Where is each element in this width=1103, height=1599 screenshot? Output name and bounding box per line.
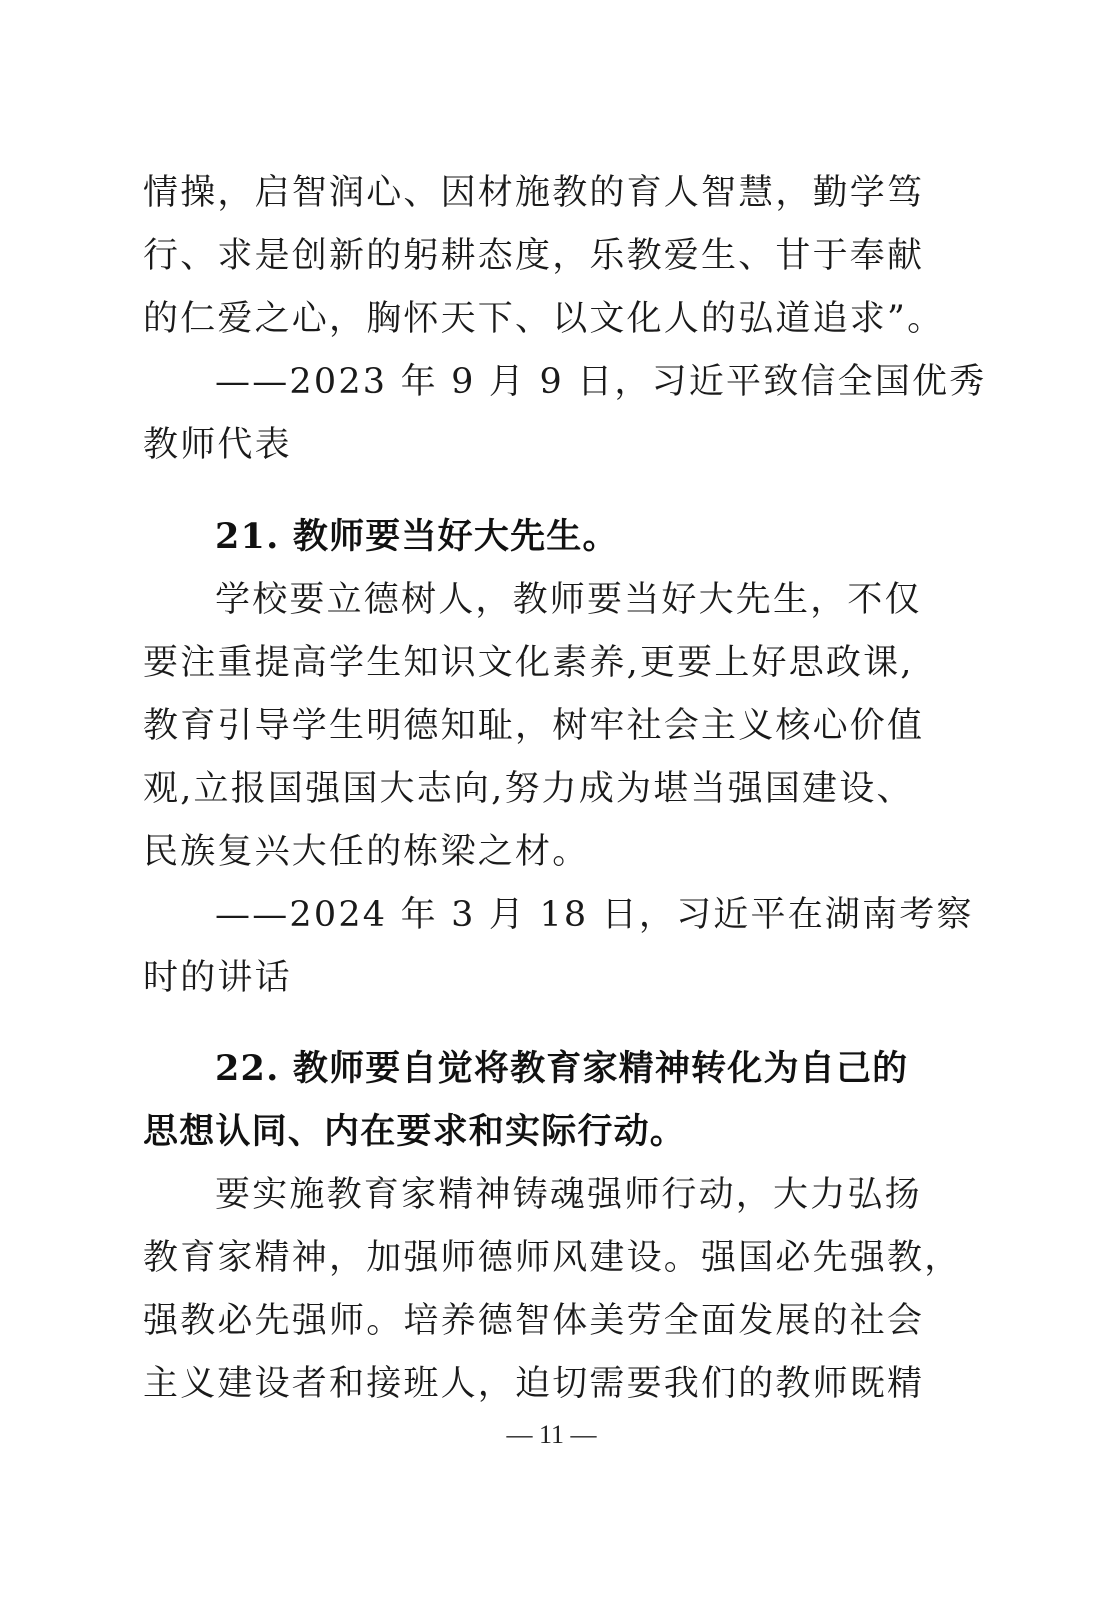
paragraph-line: 的仁爱之心，胸怀天下、以文化人的弘道追求”。: [143, 294, 943, 344]
paragraph-line: 主义建设者和接班人，迫切需要我们的教师既精: [143, 1359, 943, 1409]
source-attribution: ——2023 年 9 月 9 日，习近平致信全国优秀: [215, 357, 943, 407]
paragraph-line: 观,立报国强国大志向,努力成为堪当强国建设、: [143, 764, 943, 814]
section-heading-22-cont: 思想认同、内在要求和实际行动。: [143, 1107, 943, 1157]
paragraph-line: 要实施教育家精神铸魂强师行动，大力弘扬: [215, 1170, 943, 1220]
document-page: 情操，启智润心、因材施教的育人智慧，勤学笃 行、求是创新的躬耕态度，乐教爱生、甘…: [0, 0, 1103, 1599]
source-attribution: 时的讲话: [143, 953, 943, 1003]
paragraph-line: 情操，启智润心、因材施教的育人智慧，勤学笃: [143, 168, 943, 218]
paragraph-line: 教育家精神，加强师德师风建设。强国必先强教，: [143, 1233, 943, 1283]
source-attribution: 教师代表: [143, 420, 943, 470]
paragraph-line: 民族复兴大任的栋梁之材。: [143, 827, 943, 877]
page-number: — 11 —: [0, 1415, 1103, 1455]
section-heading-22: 22. 教师要自觉将教育家精神转化为自己的: [215, 1044, 943, 1094]
section-heading-21: 21. 教师要当好大先生。: [215, 512, 943, 562]
paragraph-line: 教育引导学生明德知耻，树牢社会主义核心价值: [143, 701, 943, 751]
paragraph-line: 学校要立德树人，教师要当好大先生，不仅: [215, 575, 943, 625]
source-attribution: ——2024 年 3 月 18 日，习近平在湖南考察: [215, 890, 943, 940]
paragraph-line: 强教必先强师。培养德智体美劳全面发展的社会: [143, 1296, 943, 1346]
paragraph-line: 要注重提高学生知识文化素养,更要上好思政课,: [143, 638, 943, 688]
paragraph-line: 行、求是创新的躬耕态度，乐教爱生、甘于奉献: [143, 231, 943, 281]
